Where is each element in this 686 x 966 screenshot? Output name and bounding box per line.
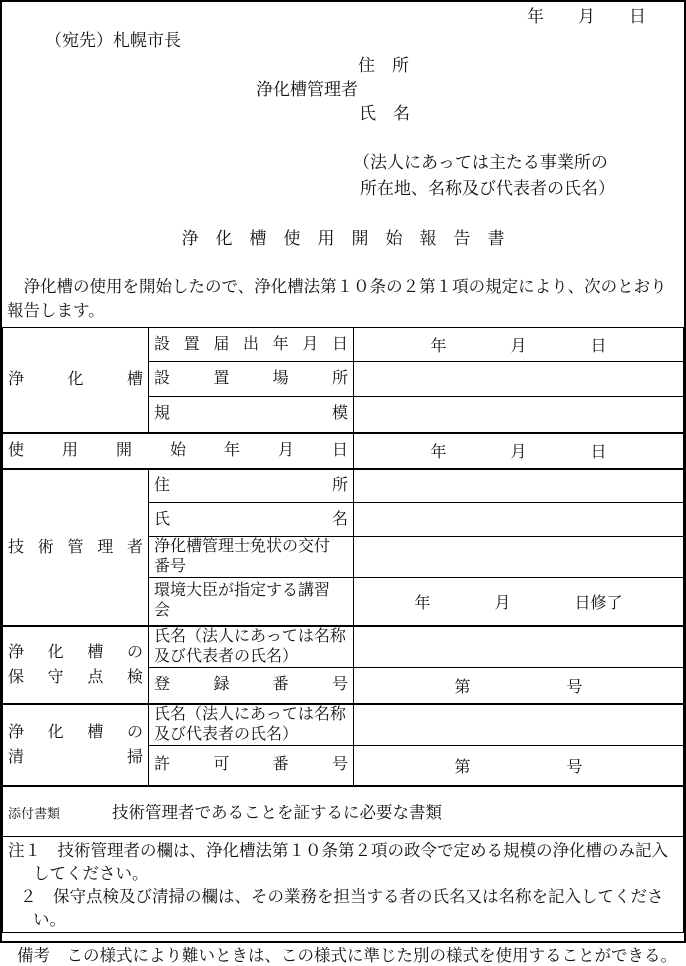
label-license-number: 浄化槽管理士免状の交付 番号 <box>149 537 354 578</box>
label-tm-name: 氏名 <box>149 503 354 537</box>
label-cleaning-name: 氏名（法人にあっては名称 及び代表者の氏名） <box>149 704 354 746</box>
value-installation-date: 年 月 日 <box>354 328 684 362</box>
corporate-note-line-1: （法人にあっては主たる事業所の <box>2 153 684 173</box>
label-installation-date: 設置届出年月日 <box>149 328 354 362</box>
header-date-line: 年 月 日 <box>2 7 684 27</box>
group-jokaso: 浄化槽 <box>3 328 149 433</box>
signer-address-label: 住 所 <box>2 56 684 76</box>
value-maintenance-name <box>354 626 684 668</box>
attachments-row: 添付書類技術管理者であることを証するに必要な書類 <box>3 786 684 837</box>
value-tm-address <box>354 469 684 503</box>
attachments-text: 技術管理者であることを証するに必要な書類 <box>112 803 442 822</box>
report-table: 浄化槽 設置届出年月日 年 月 日 設置場所 規模 使用開始年月日 年 月 日 … <box>2 327 684 933</box>
note-2: ２ 保守点検及び清掃の欄は、その業務を担当する者の氏名又は名称を記入してくださ <box>8 885 678 908</box>
value-license-number <box>354 537 684 578</box>
group-cleaning: 浄化槽の 清掃 <box>3 704 149 786</box>
label-registration-number: 登録番号 <box>149 667 354 704</box>
label-installation-place: 設置場所 <box>149 362 354 397</box>
label-scale: 規模 <box>149 397 354 433</box>
note-1: 注１ 技術管理者の欄は、浄化槽法第１０条第２項の政令で定める規模の浄化槽のみ記入 <box>8 839 678 862</box>
note-2-continuation: い。 <box>8 908 678 931</box>
attachments-label: 添付書類 <box>8 806 60 821</box>
value-installation-place <box>354 362 684 397</box>
note-1-continuation: してください。 <box>8 862 678 885</box>
intro-line-1: 浄化槽の使用を開始したので、浄化槽法第１０条の２第１項の規定により、次のとおり <box>2 277 684 297</box>
notes-row: 注１ 技術管理者の欄は、浄化槽法第１０条第２項の政令で定める規模の浄化槽のみ記入… <box>3 837 684 933</box>
corporate-note-line-2: 所在地、名称及び代表者の氏名） <box>2 179 684 199</box>
value-scale <box>354 397 684 433</box>
label-usage-start-date: 使用開始年月日 <box>3 433 354 469</box>
group-maintenance: 浄化槽の 保守点検 <box>3 626 149 705</box>
signer-name-label: 氏 名 <box>2 104 684 124</box>
addressee: （宛先）札幌市長 <box>2 31 684 51</box>
intro-line-2: 報告します。 <box>2 301 684 321</box>
label-permit-number: 許可番号 <box>149 746 354 786</box>
value-permit-number: 第 号 <box>354 746 684 786</box>
label-tm-address: 住所 <box>149 469 354 503</box>
form-title: 浄 化 槽 使 用 開 始 報 告 書 <box>2 229 684 249</box>
label-maintenance-name: 氏名（法人にあっては名称 及び代表者の氏名） <box>149 626 354 668</box>
form-document: { "header": { "date_line": "年 月 日", "add… <box>0 0 686 966</box>
form-page: 年 月 日 （宛先）札幌市長 住 所 浄化槽管理者 氏 名 （法人にあっては主た… <box>0 0 686 943</box>
value-registration-number: 第 号 <box>354 667 684 704</box>
value-training-course: 年 月 日修了 <box>354 578 684 626</box>
group-technical-manager: 技術管理者 <box>3 469 149 626</box>
value-usage-start-date: 年 月 日 <box>354 433 684 469</box>
value-cleaning-name <box>354 704 684 746</box>
signer-role-label: 浄化槽管理者 <box>2 80 684 100</box>
value-tm-name <box>354 503 684 537</box>
remarks-line: 備考 この様式により難いときは、この様式に準じた別の様式を使用することができる。 <box>0 946 686 965</box>
label-training-course: 環境大臣が指定する講習 会 <box>149 578 354 626</box>
